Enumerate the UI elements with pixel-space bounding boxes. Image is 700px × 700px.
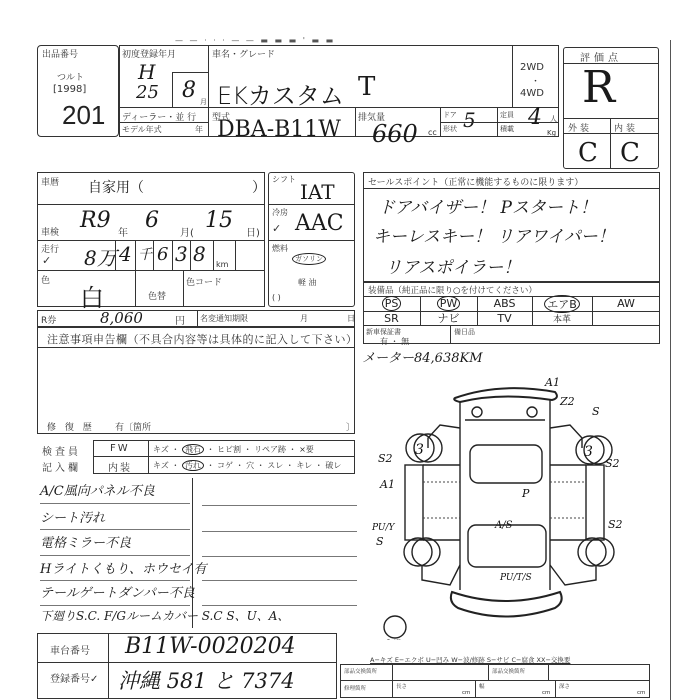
odometer-note: メーター84,638KM: [362, 347, 483, 366]
equipment-airbag: エアB: [532, 296, 592, 311]
first-reg-month-unit: 月: [200, 97, 207, 107]
mark-as: A/S: [494, 520, 513, 531]
car-name: EKカスタム: [217, 76, 344, 111]
depth-unit: cm: [637, 690, 645, 696]
interior-condition-label: 内装: [108, 459, 132, 474]
displacement-unit: cc: [428, 128, 437, 137]
load-unit: Kg: [547, 129, 556, 137]
load-label: 積載: [500, 124, 514, 134]
sales-point-line: リアスポイラー！: [385, 253, 520, 278]
parts-replaced-label-1: 部品交換箇所: [344, 667, 377, 675]
drive-4wd: 4WD: [520, 88, 544, 99]
first-reg-month: 8: [182, 78, 196, 103]
car-name-label: 車名・グレード: [212, 47, 275, 60]
inspection-era: R9: [80, 208, 111, 233]
mark-s2-right: S2: [605, 457, 620, 470]
first-reg-year: 25: [136, 82, 159, 103]
history-close: ）: [252, 177, 266, 197]
doors-label: ドア: [443, 110, 457, 120]
mark-s-left: S: [376, 535, 384, 548]
name-change-notice-label: 名変通知期限: [200, 313, 248, 324]
first-reg-era: H: [138, 60, 155, 84]
damage-legend: A−キズ E−エクボ U−凹み W−波/修跡 S−サビ C−腐食 XX−交換要: [370, 655, 570, 664]
spare-label: スペア: [386, 639, 401, 640]
mark-s: S: [592, 405, 600, 418]
fw-items: キズ ・ 飛石 ・ ヒビ割 ・ リペア跡 ・ ×要: [153, 444, 314, 455]
model-year-label: モデル年式: [122, 124, 162, 135]
equipment-leather: 本革: [532, 311, 592, 325]
warranty-value: 有 ・ 無: [380, 336, 409, 347]
displacement-value: 660: [372, 120, 418, 148]
ac-value: AAC: [295, 211, 344, 236]
shape-label: 形状: [443, 124, 457, 134]
fuel-label: 燃料: [272, 243, 288, 254]
inspection-day-unit: 日): [246, 224, 260, 239]
history-label: 車暦: [41, 175, 59, 188]
chassis-value: B11W-0020204: [125, 634, 296, 659]
equipment-aw: AW: [592, 296, 660, 311]
lot-year-code: [1998]: [53, 84, 86, 95]
fuel-paren: ( ): [272, 293, 281, 302]
repair-history-close: 〕: [346, 420, 355, 433]
capacity-label: 定員: [500, 110, 514, 120]
equipment-sr: SR: [363, 311, 420, 325]
mark-z2: Z2: [559, 395, 575, 408]
inspection-month: 6: [145, 208, 159, 233]
equipment-title: 装備品（純正品に限り○を付けてください）: [368, 284, 537, 296]
model-value: DBA-B11W: [217, 117, 341, 142]
note-line: 下廻りS.C. F/Gルームカバー S.C S、U、A、: [40, 607, 289, 624]
equipment-abs: ABS: [477, 296, 532, 311]
depth-label: 深さ: [559, 682, 570, 690]
mark-3-right: 3: [584, 444, 593, 460]
shift-value: IAT: [300, 180, 335, 204]
note-line: テールゲートダンパー不良: [40, 582, 195, 601]
sales-point-line: キーレスキー！ リアワイパー！: [373, 222, 615, 247]
parts-replaced-label-2: 部品交換箇所: [492, 667, 525, 675]
remarks-title: 注意事項申告欄（不具合内容等は具体的に記入して下さい）: [47, 331, 358, 347]
mileage-unit: km: [216, 260, 228, 269]
repair-location-label: 修理箇所: [344, 684, 366, 692]
inspector-label: 検査員: [42, 443, 81, 458]
mark-puts: PU/T/S: [499, 573, 532, 583]
equipment-tv: TV: [477, 311, 532, 325]
mileage-digit: 6: [157, 244, 168, 265]
mark-s2-left: S2: [378, 452, 393, 465]
mark-p: P: [521, 487, 530, 500]
note-line: A/C風向パネル不良: [40, 480, 155, 499]
exterior-grade: C: [578, 138, 598, 168]
width-unit: cm: [542, 690, 550, 696]
plate-value: 沖縄 581 と 7374: [118, 665, 295, 695]
interior-grade: C: [620, 138, 640, 168]
length-unit: cm: [462, 690, 470, 696]
equipment-ps: PS: [363, 296, 420, 311]
drive-sep: ・: [531, 74, 540, 87]
ac-check: ✓: [272, 222, 281, 235]
interior-items: キズ ・ 汚れ ・ コゲ ・ 穴 ・ スレ ・ キレ ・ 破レ: [153, 460, 341, 471]
inspection-label: 車検: [41, 225, 59, 238]
width-label: 幅: [479, 682, 485, 690]
note-line: シート汚れ: [40, 507, 105, 526]
recycle-value: 8,060: [100, 309, 143, 327]
mileage-digit: 4: [119, 242, 132, 266]
lot-label: 出品番号: [42, 47, 78, 60]
doors-value: 5: [463, 108, 476, 132]
mileage-digit: 8万: [84, 242, 117, 271]
recycle-unit: 円: [175, 312, 185, 327]
sales-point-line: ドアバイザー！ Pスタート！: [378, 193, 597, 218]
color-value: 白: [80, 278, 104, 313]
drive-2wd: 2WD: [520, 62, 544, 73]
mark-a1-left: A1: [379, 478, 395, 491]
fuel-gasoline: ガソリン: [292, 253, 326, 265]
color-label: 色: [41, 273, 50, 286]
mileage-digit: 8: [193, 242, 206, 266]
repair-history-value: 有〔箇所: [115, 420, 151, 433]
equipment-pw: PW: [420, 296, 477, 311]
vehicle-damage-diagram: A1 Z2 S 3 S2 3 S2 A1 P PU/Y S A/S S2 PU/…: [360, 370, 660, 640]
shift-label: シフト: [272, 174, 296, 185]
sales-points-title: セールスポイント（正常に機能するものに限ります）: [368, 175, 583, 188]
fw-label: FW: [110, 443, 130, 454]
color-code-label: 色コード: [186, 275, 222, 288]
mark-puy: PU/Y: [371, 523, 396, 533]
lot-number: 201: [62, 100, 105, 131]
plate-label: 登録番号✓: [50, 670, 98, 685]
car-grade: T: [358, 72, 375, 102]
note-line: 電格ミラー不良: [40, 532, 131, 551]
inspection-day: 15: [205, 208, 233, 233]
ac-label: 冷房: [272, 207, 288, 218]
lot-small-note: つルト: [57, 70, 84, 83]
capacity-value: 4: [528, 105, 542, 130]
notice-month-unit: 月: [300, 313, 308, 324]
mileage-check: ✓: [42, 254, 51, 267]
first-reg-label: 初度登録年月: [122, 47, 176, 60]
history-value: 自家用（: [88, 177, 144, 197]
note-line: Hライトくもり、ホウセイ有: [40, 558, 207, 577]
inspection-year-unit: 年: [118, 224, 128, 239]
inspection-month-unit: 月(: [180, 224, 194, 239]
fuel-diesel: 軽 油: [298, 277, 317, 288]
document-title: — — · · · — — ▬ ▬ ▬ ' ▬ ▬: [175, 36, 335, 45]
color-change-label: 色替: [148, 289, 166, 302]
notice-day-unit: 日: [347, 313, 355, 324]
length-label: 長さ: [396, 682, 407, 690]
inspector-entry-label: 記入欄: [42, 459, 81, 474]
mileage-digit: 千: [138, 244, 152, 264]
equipment-navi: ナビ: [420, 311, 477, 325]
scan-edge: [670, 40, 671, 700]
capacity-unit: 人: [550, 114, 557, 124]
mark-a1-rear: A1: [544, 376, 560, 389]
accessory-label: 備日品: [454, 327, 475, 337]
chassis-label: 車台番号: [50, 642, 90, 657]
mark-3-left: 3: [415, 442, 424, 458]
model-year-unit: 年: [195, 124, 203, 135]
repair-history-label: 修 復 歴: [47, 420, 95, 433]
mileage-digit: 3: [175, 242, 188, 266]
score-value: R: [582, 62, 615, 113]
recycle-label: R券: [41, 313, 56, 326]
mark-s2-lower: S2: [608, 518, 623, 531]
